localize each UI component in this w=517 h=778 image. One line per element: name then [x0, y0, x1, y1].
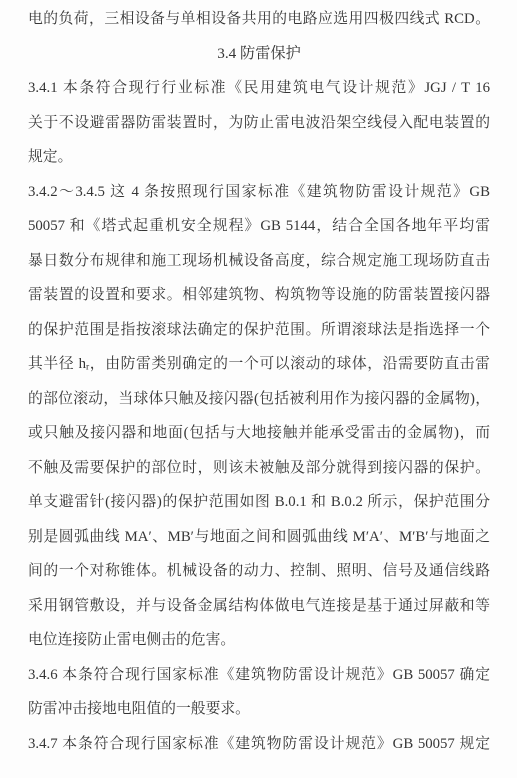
- text-line: 电位连接防止雷电侧击的危害。: [28, 623, 490, 658]
- text-segment: ，由防雷类别确定的一个可以滚动的球体，沿需要防直击雷: [89, 356, 490, 372]
- text-line-with-subscript: 其半径 hr，由防雷类别确定的一个可以滚动的球体，沿需要防直击雷: [28, 347, 490, 382]
- document-page: 电的负荷，三相设备与单相设备共用的电路应选用四极四线式 RCD。 3.4 防雷保…: [0, 0, 517, 778]
- text-line: 50057 和《塔式起重机安全规程》GB 5144，结合全国各地年平均雷: [28, 209, 490, 244]
- text-line: 规定。: [28, 140, 490, 175]
- text-line: 单支避雷针(接闪器)的保护范围如图 B.0.1 和 B.0.2 所示，保护范围分: [28, 485, 490, 520]
- text-line: 或只触及接闪器和地面(包括与大地接触并能承受雷击的金属物)，而: [28, 416, 490, 451]
- text-line: 别是圆弧曲线 MA′、MB′与地面之间和圆弧曲线 M′A′、M′B′与地面之: [28, 520, 490, 555]
- text-line: 暴日数分布规律和施工现场机械设备高度，综合规定施工现场防直击: [28, 244, 490, 279]
- text-line: 3.4.1 本条符合现行行业标准《民用建筑电气设计规范》JGJ / T 16: [28, 71, 490, 106]
- text-segment: 其半径 h: [28, 356, 86, 372]
- text-line: 3.4.2～3.4.5 这 4 条按照现行国家标准《建筑物防雷设计规范》GB: [28, 175, 490, 210]
- text-line: 关于不设避雷器防雷装置时，为防止雷电波沿架空线侵入配电装置的: [28, 106, 490, 141]
- text-line: 不触及需要保护的部位时，则该未被触及部分就得到接闪器的保护。: [28, 451, 490, 486]
- text-line: 防雷冲击接地电阻值的一般要求。: [28, 692, 490, 727]
- text-line: 的保护范围是指按滚球法确定的保护范围。所谓滚球法是指选择一个: [28, 313, 490, 348]
- text-line: 3.4.6 本条符合现行国家标准《建筑物防雷设计规范》GB 50057 确定: [28, 658, 490, 693]
- section-heading: 3.4 防雷保护: [28, 37, 490, 72]
- text-line: 3.4.7 本条符合现行国家标准《建筑物防雷设计规范》GB 50057 规定: [28, 727, 490, 762]
- text-line: 采用钢管敷设，并与设备金属结构体做电气连接是基于通过屏蔽和等: [28, 589, 490, 624]
- text-line: 雷装置的设置和要求。相邻建筑物、构筑物等设施的防雷装置接闪器: [28, 278, 490, 313]
- text-line: 间的一个对称锥体。机械设备的动力、控制、照明、信号及通信线路: [28, 554, 490, 589]
- text-line: 的部位滚动，当球体只触及接闪器(包括被利用作为接闪器的金属物)，: [28, 382, 490, 417]
- text-line: 电的负荷，三相设备与单相设备共用的电路应选用四极四线式 RCD。: [28, 2, 490, 37]
